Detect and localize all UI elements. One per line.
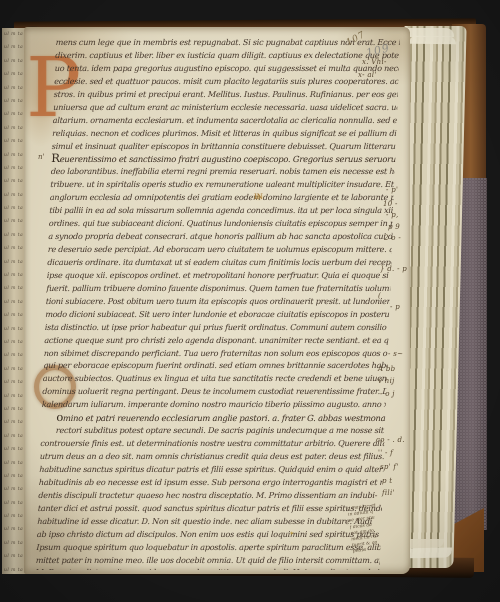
marginal-note-block: a man q~ etin adiuta qse qter spuf dicas… — [347, 500, 411, 556]
text-line: fuerit. pallium tribuere domino fauente … — [46, 282, 390, 295]
text-line: habitudinis ab eo necesse est id ipsum e… — [39, 476, 383, 489]
margin-mark: A bb — [378, 365, 395, 373]
margin-mark: p t — [382, 477, 392, 485]
text-line: dentis discipuli tractetur quaeso hec no… — [38, 489, 382, 502]
text-line: simul et insinuat qualiter episcopos in … — [52, 140, 396, 153]
text-line: modo dicioni subiaceat. Sit uero inter l… — [45, 308, 389, 321]
text-line: omino et patri reuerendo ecclesiarum ang… — [41, 411, 385, 424]
text-line: Ipsum quoque spiritum quo loquebatur in … — [36, 541, 380, 554]
text-line: habitudine id esse dicatur. D. Non sit q… — [37, 515, 381, 528]
text-line: tribuere. ut in spiritalis operis studio… — [50, 178, 394, 191]
text-line: controuersie finis est. ut determination… — [40, 437, 384, 450]
text-line: ista distinctio. ut ipse prior habeatur … — [45, 321, 389, 334]
text-line: ipse quoque xii. episcopos ordinet. et m… — [47, 269, 391, 282]
text-line: utrum deus an a deo sit. nam omnis chris… — [40, 450, 384, 463]
text-line: ecclesie. sed et quattuor paucos. misit … — [54, 75, 398, 88]
margin-mark: fili' — [382, 489, 395, 497]
margin-mark: 2 o - — [384, 234, 401, 242]
text-line: anglorum ecclesia ad omnipotentis dei gr… — [50, 191, 394, 204]
text-line: rectori subditus potest optare secundi. … — [41, 424, 385, 437]
text-line: M. Pace tua dictum sit. non uideo quomod… — [35, 566, 379, 570]
page-edge-corner — [410, 36, 456, 44]
margin-mark: - p, — [386, 211, 399, 219]
text-line: reliquias. necnon et codices plurimos. M… — [52, 127, 396, 140]
text-line: qui per eboracae episcopum fuerint ordin… — [43, 359, 387, 372]
margin-mark: - s~ — [388, 350, 403, 358]
text-line: ab ipso christo dictum ad discipulos. No… — [37, 528, 381, 541]
text-line: mittet pater in nomine meo. ille uos doc… — [36, 554, 380, 567]
left-margin-mark: n' — [38, 153, 44, 161]
margin-mark: - o j — [380, 390, 395, 398]
text-line: re deseruio sede percipiat. Ad eboracam … — [48, 243, 392, 256]
margin-mark: - p — [390, 303, 400, 311]
text-line: dixerim. captiuus et liber. liber ex ius… — [55, 49, 399, 62]
main-text-block: mens cum lege que in membris est repugna… — [35, 36, 400, 570]
text-line: dominus uoluerit regna pertingant. Deus … — [42, 385, 386, 398]
text-line: tioni subiacere. Post obitum uero tuum i… — [46, 295, 390, 308]
margin-mark: ( — [378, 292, 381, 300]
manuscript-photo: ul m ta ke di lu ui ftul m ta ke di lu u… — [0, 0, 500, 602]
text-line: deo laborantibus. ineffabilia eterni reg… — [51, 165, 395, 178]
text-line: stros. in quibus primi et precipui erant… — [54, 88, 398, 101]
margin-mark: - p' — [386, 186, 398, 194]
margin-mark: 10 - — [383, 200, 398, 208]
text-line: habitudine sanctus spiritus dicatur patr… — [39, 463, 383, 476]
manuscript-page: P mens cum lege que in membris est repug… — [24, 27, 410, 574]
text-line: dicaueris ordinare. ita dumtaxat ut si e… — [47, 256, 391, 269]
text-line: tibi pallii in ea ad sola missarum solle… — [49, 204, 393, 217]
text-line: uo tenta. idem papa gregorius augustino … — [55, 62, 399, 75]
text-line: ordines. qui tue subiaceant dicioni. Qua… — [49, 217, 393, 230]
text-line: actione queque sunt pro christi zelo age… — [44, 334, 388, 347]
text-line: altarium. ornamenta ecclesiarum. et indu… — [53, 114, 397, 127]
margin-mark: v hij — [378, 377, 395, 385]
margin-mark: co - . d. — [376, 436, 405, 444]
omission-sign: * — [290, 531, 294, 539]
margin-mark: '' - f — [378, 449, 393, 457]
text-line: a synodo propria debeat consecrari. atqu… — [48, 230, 392, 243]
text-line: uniuersa que ad cultum erant ac minister… — [53, 101, 397, 114]
margin-mark: } d. - p — [380, 265, 407, 273]
text-line: auctore subiectos. Quatinus ex lingua et… — [43, 372, 387, 385]
margin-mark: x- al' — [358, 71, 377, 79]
text-line: Reuerentissimo et sanctissimo fratri aug… — [51, 152, 395, 165]
text-line: non sibimet discrepando perficiant. Tua … — [44, 347, 388, 360]
text-line: kalendarum iuliarum. imperante domino no… — [42, 398, 386, 411]
margin-mark: p 9 — [388, 223, 400, 231]
margin-mark: x. Vhi- — [362, 58, 387, 66]
text-line: tanter dici et astrui possit. quod sanct… — [38, 502, 382, 515]
margin-mark: sp' f' — [380, 463, 399, 471]
decorated-inline-mark: IN — [252, 193, 265, 201]
